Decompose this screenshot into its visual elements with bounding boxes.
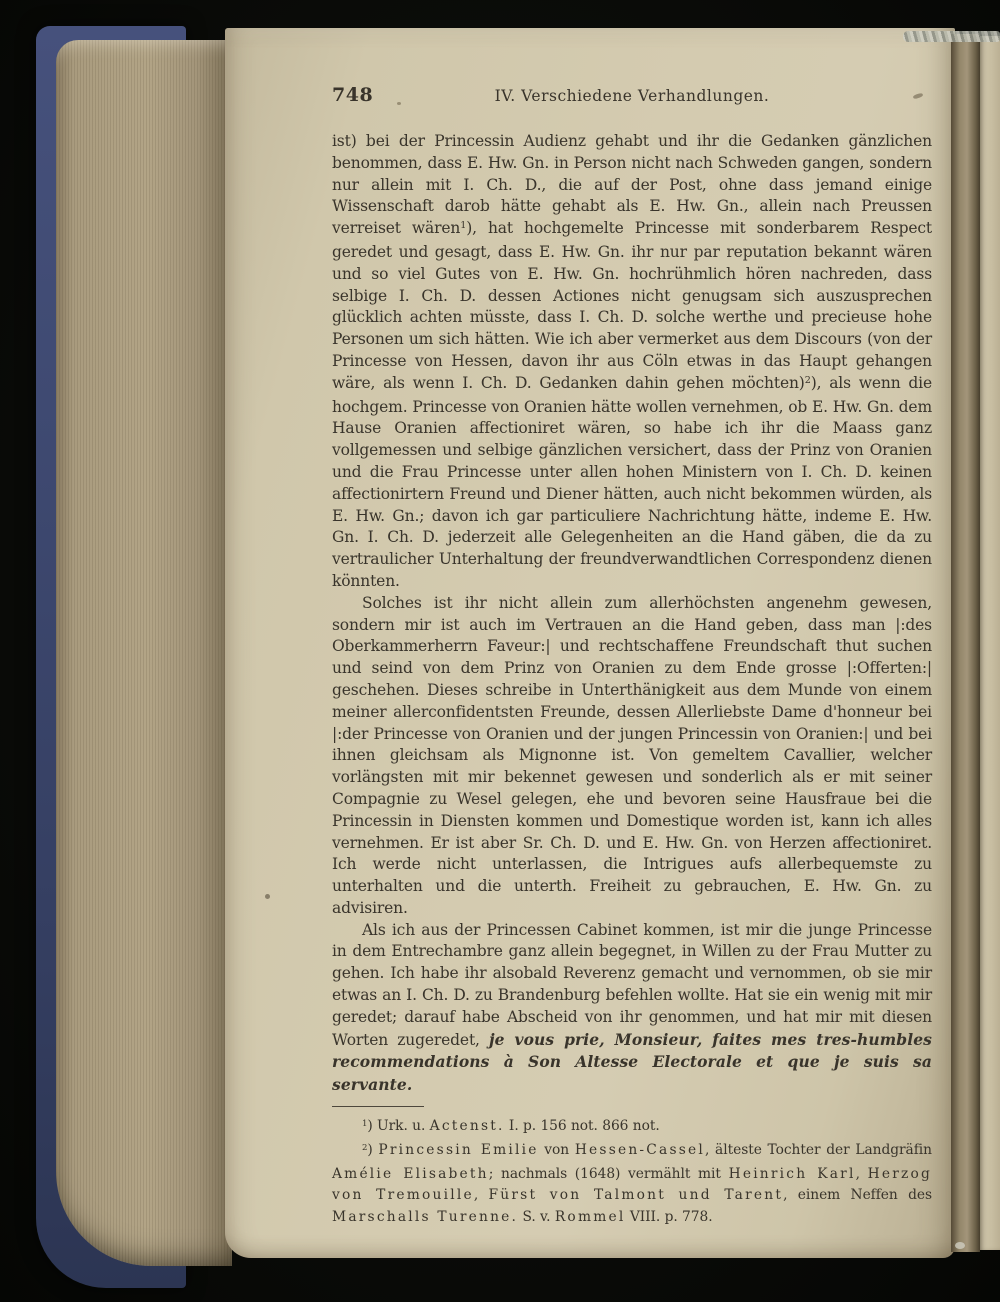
footnote: 2) Princessin Emilie von Hessen-Cassel, … bbox=[332, 1140, 932, 1229]
text-run-spaced: Hessen-Cassel bbox=[575, 1142, 705, 1158]
text-run-sup: 2 bbox=[362, 1143, 367, 1153]
headband bbox=[903, 31, 1000, 42]
book-page: 748 IV. Verschiedene Verhandlungen. ist)… bbox=[225, 28, 955, 1258]
text-run-sup: 1 bbox=[362, 1119, 367, 1129]
text-run: S. v. bbox=[518, 1209, 555, 1225]
text-run: , einem Neffen des bbox=[783, 1187, 932, 1203]
tailband-thread bbox=[955, 1242, 965, 1249]
text-run-spaced: Fürst von Talmont und Tarent bbox=[489, 1187, 784, 1203]
text-run: ) bbox=[367, 1142, 378, 1158]
text-run-spaced: Amélie Elisabeth bbox=[332, 1166, 489, 1182]
facing-page-edge bbox=[980, 36, 1000, 1250]
margin-speck bbox=[265, 894, 270, 899]
text-run-spaced: Marschalls Turenne. bbox=[332, 1209, 518, 1225]
footnote-separator bbox=[332, 1106, 424, 1107]
text-run-sup: 2 bbox=[805, 375, 811, 386]
text-run: , älteste Tochter der Landgräfin bbox=[705, 1142, 932, 1158]
text-run-spaced: Heinrich Karl bbox=[729, 1166, 856, 1182]
text-layer: 748 IV. Verschiedene Verhandlungen. ist)… bbox=[332, 84, 932, 1229]
text-run: , bbox=[856, 1166, 868, 1182]
page-edge-stack bbox=[56, 40, 232, 1266]
text-run: I. p. 156 not. 866 not. bbox=[505, 1118, 660, 1134]
text-run: VIII. p. 778. bbox=[625, 1209, 712, 1225]
text-run: ) Urk. u. bbox=[367, 1118, 429, 1134]
text-run: , bbox=[474, 1187, 489, 1203]
text-run: Solches ist ihr nicht allein zum allerhö… bbox=[332, 594, 932, 917]
footnotes: 1) Urk. u. Actenst. I. p. 156 not. 866 n… bbox=[332, 1116, 932, 1229]
text-run: von bbox=[539, 1142, 575, 1158]
text-run-spaced: Actenst. bbox=[430, 1118, 505, 1134]
text-run-spaced: Rommel bbox=[555, 1209, 626, 1225]
text-run-sup: 1 bbox=[460, 220, 466, 231]
text-run: ), als wenn die hochgem. Princesse von O… bbox=[332, 374, 932, 590]
page-number-speck bbox=[397, 102, 401, 105]
text-run: ), hat hochgemelte Princesse mit sonderb… bbox=[332, 219, 932, 392]
paragraph: Solches ist ihr nicht allein zum allerhö… bbox=[332, 593, 932, 920]
running-title: IV. Verschiedene Verhandlungen. bbox=[332, 87, 932, 105]
text-run-spaced: Princessin Emilie bbox=[378, 1142, 538, 1158]
paragraph: Als ich aus der Princessen Cabinet komme… bbox=[332, 920, 932, 1097]
photo-background: 748 IV. Verschiedene Verhandlungen. ist)… bbox=[0, 0, 1000, 1302]
gutter-shadow bbox=[951, 34, 980, 1252]
page-header: 748 IV. Verschiedene Verhandlungen. bbox=[332, 84, 932, 110]
paragraph: ist) bei der Princessin Audienz gehabt u… bbox=[332, 131, 932, 593]
body-paragraphs: ist) bei der Princessin Audienz gehabt u… bbox=[332, 131, 932, 1097]
text-run: ; nachmals (1648) vermählt mit bbox=[489, 1166, 729, 1182]
footnote: 1) Urk. u. Actenst. I. p. 156 not. 866 n… bbox=[332, 1116, 932, 1140]
